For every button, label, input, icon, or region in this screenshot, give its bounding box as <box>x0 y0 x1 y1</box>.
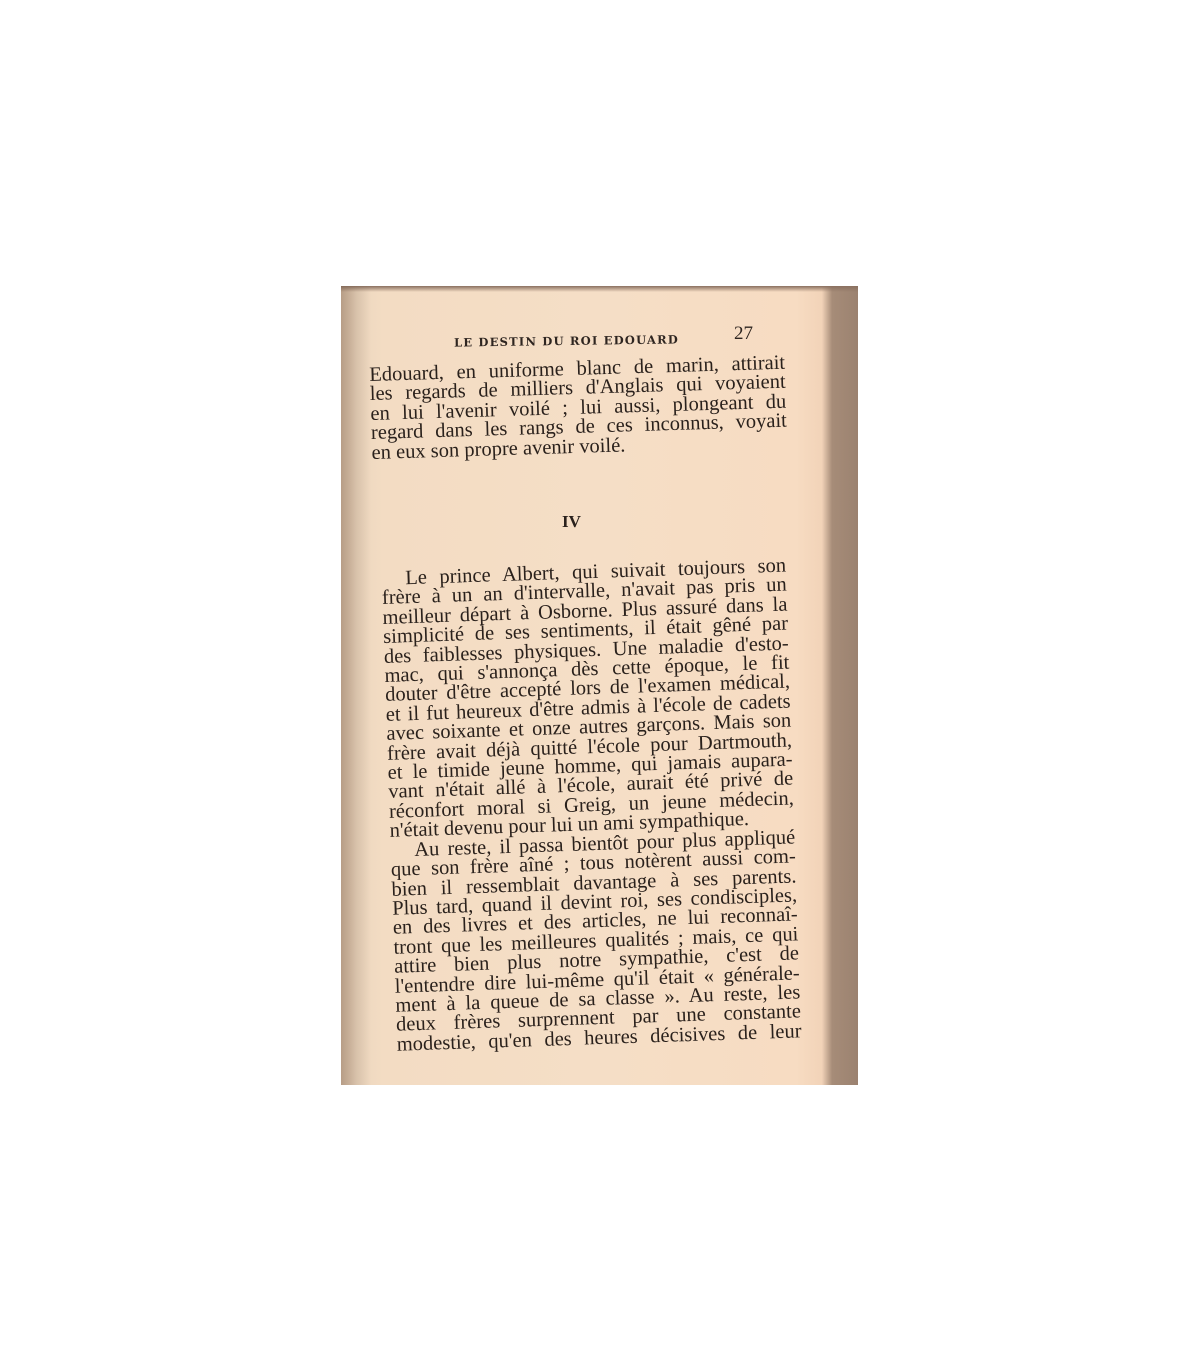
book-page: LE DESTIN DU ROI EDOUARD 27 Edouard, en … <box>341 286 858 1085</box>
main-text: Le prince Albert, qui suivait toujours s… <box>381 557 802 1055</box>
page-number: 27 <box>734 323 753 345</box>
chapter-heading: IV <box>562 512 581 532</box>
top-paragraph: Edouard, en uniforme blanc de marin, att… <box>369 354 788 463</box>
running-head: LE DESTIN DU ROI EDOUARD <box>454 332 679 349</box>
